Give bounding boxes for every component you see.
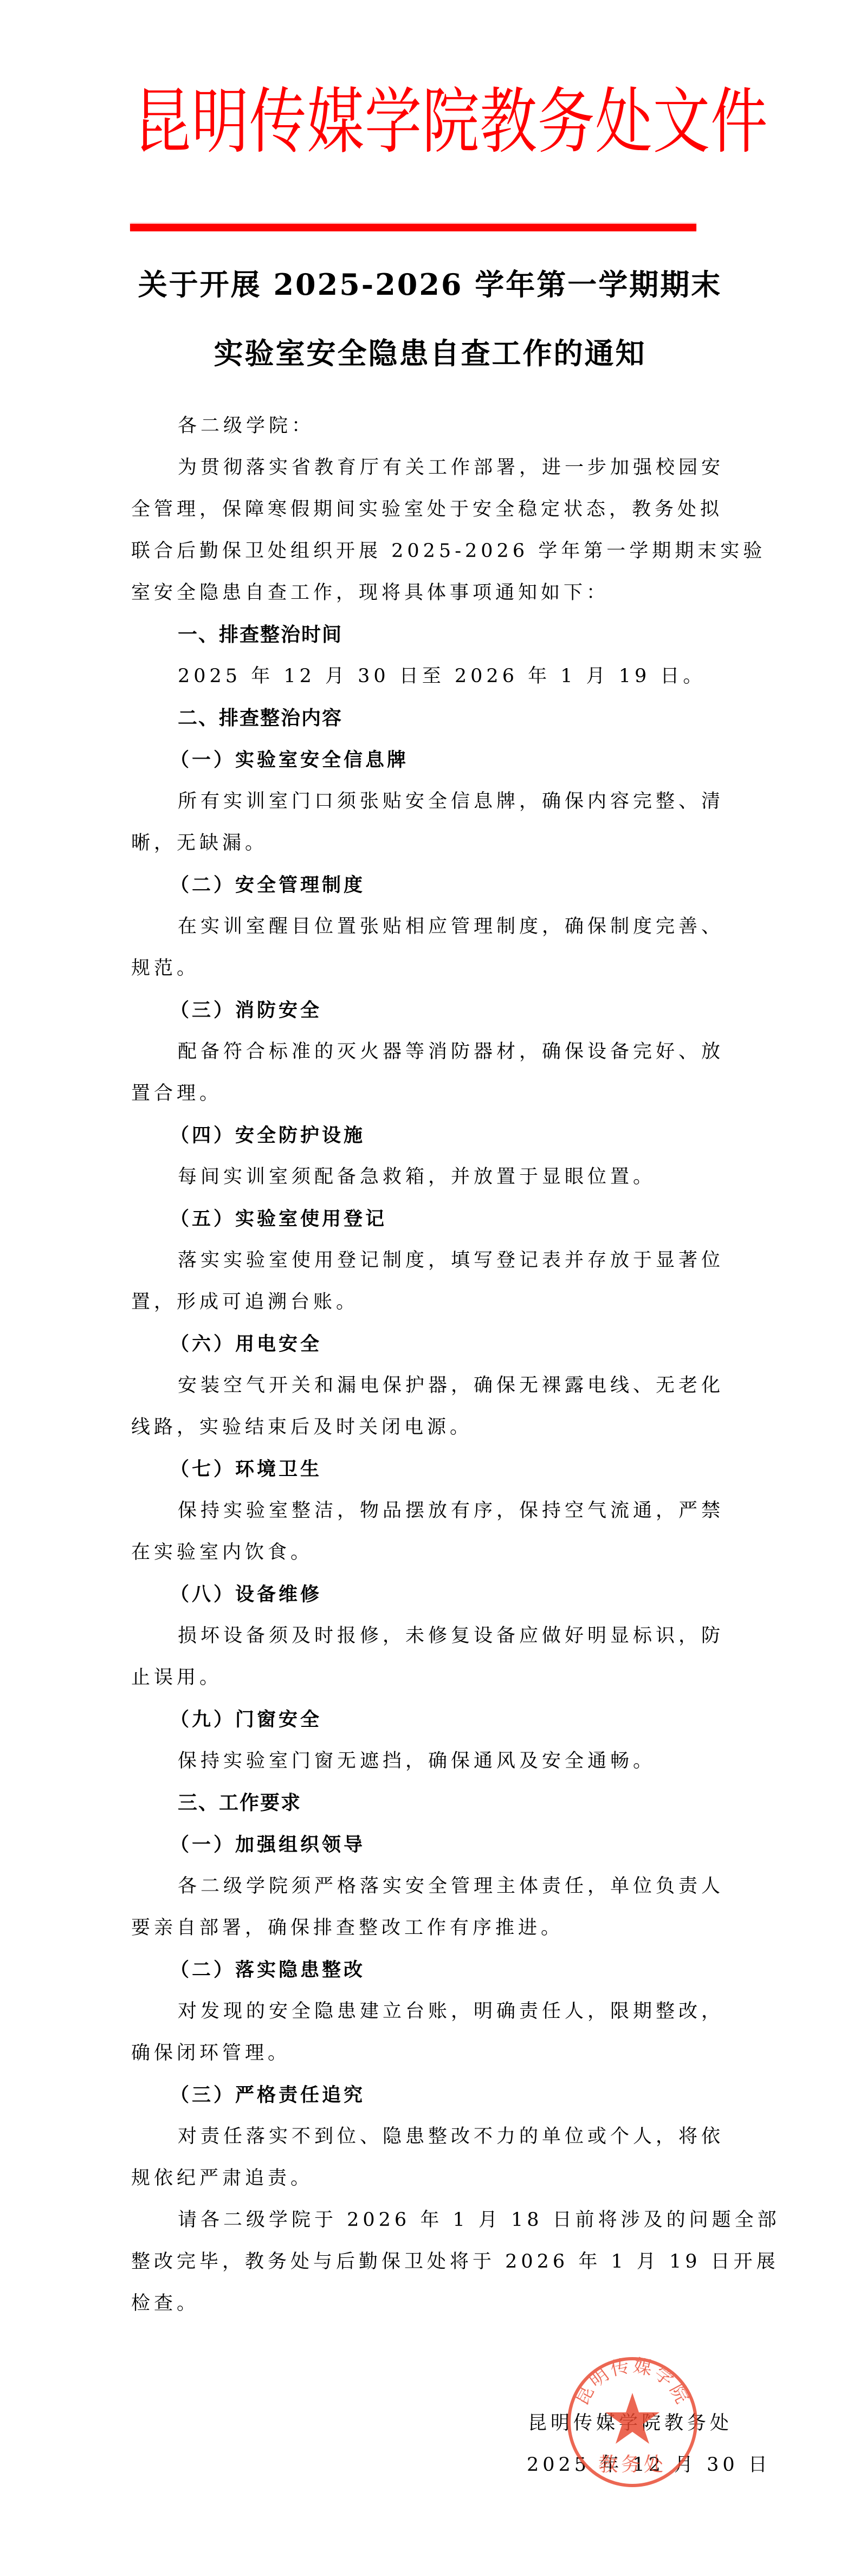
paragraph-line: 置合理。 — [131, 1073, 733, 1115]
paragraph-line: 请各二级学院于 2026 年 1 月 18 日前将涉及的问题全部 — [131, 2199, 733, 2241]
paragraph-line: 在实验室内饮食。 — [131, 1532, 733, 1574]
paragraph-line: 置，形成可追溯台账。 — [131, 1281, 733, 1323]
document-page: 昆明传媒学院教务处文件 关于开展 2025-2026 学年第一学期期末 实验室安… — [0, 0, 860, 2576]
paragraph-line: 确保闭环管理。 — [131, 2033, 733, 2074]
paragraph-line: 为贯彻落实省教育厅有关工作部署，进一步加强校园安 — [131, 447, 733, 489]
paragraph-line: 规范。 — [131, 948, 733, 989]
paragraph-line: 联合后勤保卫处组织开展 2025-2026 学年第一学期期末实验 — [131, 530, 733, 572]
document-title-line-1: 关于开展 2025-2026 学年第一学期期末 — [0, 266, 860, 303]
seal-bottom-text: 教务处 — [598, 2454, 667, 2476]
subsection-heading: （二）安全管理制度 — [131, 864, 733, 906]
paragraph-line: 落实实验室使用登记制度，填写登记表并存放于显著位 — [131, 1240, 733, 1281]
paragraph-line: 检查。 — [131, 2283, 733, 2325]
paragraph-line: 2025 年 12 月 30 日至 2026 年 1 月 19 日。 — [131, 656, 733, 697]
document-body: 各二级学院：为贯彻落实省教育厅有关工作部署，进一步加强校园安全管理，保障寒假期间… — [131, 405, 733, 2325]
document-title-line-2: 实验室安全隐患自查工作的通知 — [0, 334, 860, 372]
paragraph-line: 每间实训室须配备急救箱，并放置于显眼位置。 — [131, 1156, 733, 1198]
section-heading: 二、排查整治内容 — [131, 697, 733, 739]
section-heading: 一、排查整治时间 — [131, 614, 733, 656]
paragraph-line: 配备符合标准的灭火器等消防器材，确保设备完好、放 — [131, 1031, 733, 1073]
paragraph-line: 保持实验室整洁，物品摆放有序，保持空气流通，严禁 — [131, 1490, 733, 1532]
paragraph-line: 对责任落实不到位、隐患整改不力的单位或个人，将依 — [131, 2116, 733, 2158]
subsection-heading: （一）实验室安全信息牌 — [131, 739, 733, 781]
subsection-heading: （四）安全防护设施 — [131, 1115, 733, 1156]
paragraph-line: 全管理，保障寒假期间实验室处于安全稳定状态，教务处拟 — [131, 489, 733, 530]
paragraph-line: 要亲自部署，确保排查整改工作有序推进。 — [131, 1907, 733, 1949]
official-seal-icon: 昆明传媒学院 教务处 — [566, 2356, 699, 2488]
paragraph-line: 止误用。 — [131, 1657, 733, 1699]
paragraph-line: 晰，无缺漏。 — [131, 823, 733, 864]
section-heading: 三、工作要求 — [131, 1782, 733, 1824]
paragraph-line: 对发现的安全隐患建立台账，明确责任人，限期整改， — [131, 1991, 733, 2033]
masthead-title: 昆明传媒学院教务处文件 — [134, 81, 768, 163]
paragraph-line: 整改完毕，教务处与后勤保卫处将于 2026 年 1 月 19 日开展 — [131, 2241, 733, 2283]
paragraph-line: 安装空气开关和漏电保护器，确保无裸露电线、无老化 — [131, 1365, 733, 1407]
subsection-heading: （九）门窗安全 — [131, 1699, 733, 1740]
subsection-heading: （六）用电安全 — [131, 1323, 733, 1365]
red-divider — [130, 224, 696, 231]
masthead: 昆明传媒学院教务处文件 — [134, 81, 711, 163]
paragraph-line: 保持实验室门窗无遮挡，确保通风及安全通畅。 — [131, 1740, 733, 1782]
subsection-heading: （三）严格责任追究 — [131, 2074, 733, 2116]
paragraph-line: 线路，实验结束后及时关闭电源。 — [131, 1407, 733, 1448]
paragraph-line: 各二级学院须严格落实安全管理主体责任，单位负责人 — [131, 1866, 733, 1907]
subsection-heading: （一）加强组织领导 — [131, 1824, 733, 1866]
subsection-heading: （七）环境卫生 — [131, 1448, 733, 1490]
paragraph-line: 损坏设备须及时报修，未修复设备应做好明显标识，防 — [131, 1615, 733, 1657]
paragraph-line: 规依纪严肃追责。 — [131, 2158, 733, 2199]
subsection-heading: （五）实验室使用登记 — [131, 1198, 733, 1240]
paragraph-line: 在实训室醒目位置张贴相应管理制度，确保制度完善、 — [131, 906, 733, 948]
subsection-heading: （二）落实隐患整改 — [131, 1949, 733, 1991]
paragraph-line: 室安全隐患自查工作，现将具体事项通知如下： — [131, 572, 733, 614]
paragraph-line: 各二级学院： — [131, 405, 733, 447]
star-icon — [605, 2393, 659, 2444]
paragraph-line: 所有实训室门口须张贴安全信息牌，确保内容完整、清 — [131, 781, 733, 823]
subsection-heading: （八）设备维修 — [131, 1574, 733, 1615]
subsection-heading: （三）消防安全 — [131, 989, 733, 1031]
